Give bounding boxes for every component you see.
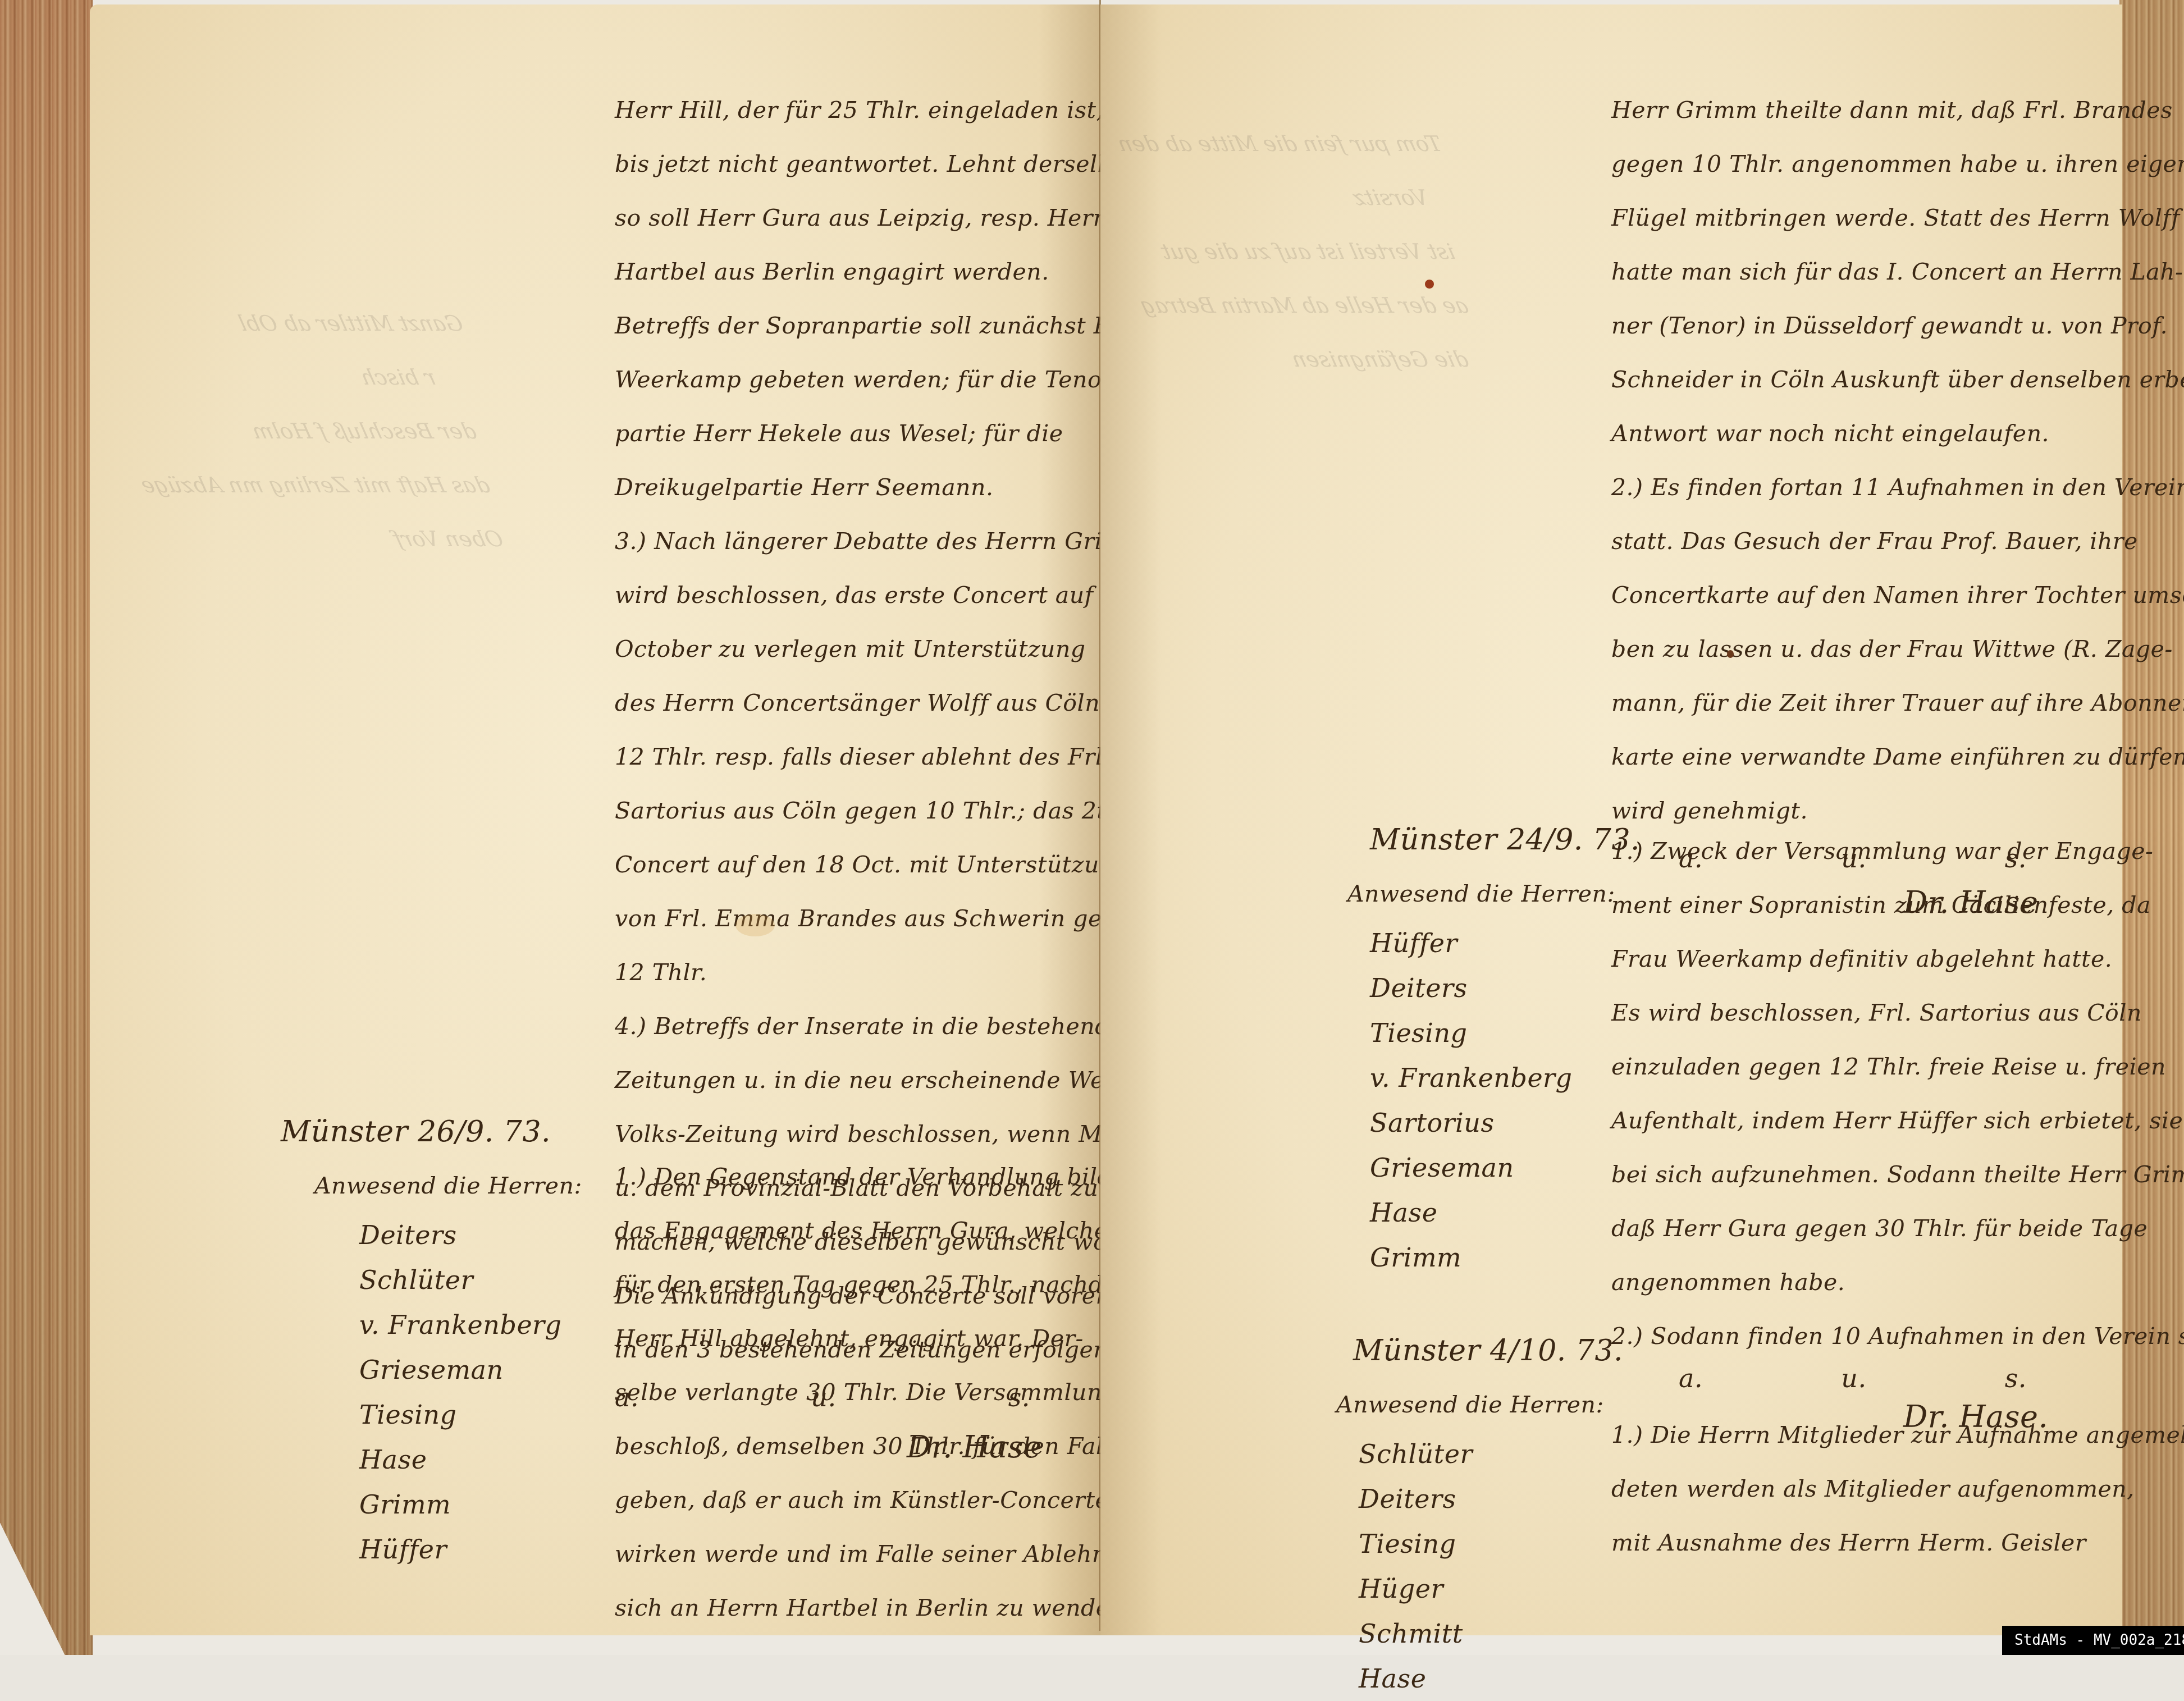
text-line: bei sich aufzunehmen. Sodann theilte Her… <box>1611 1147 2184 1201</box>
text-line: 2.) Es finden fortan 11 Aufnahmen in den… <box>1611 460 2184 514</box>
attendee: Deiters <box>1336 1476 1623 1521</box>
text-line: ner (Tenor) in Düsseldorf gewandt u. von… <box>1611 299 2184 353</box>
attendee: Tiesing <box>1336 1521 1623 1566</box>
attendee: Sartorius <box>1347 1100 1640 1145</box>
text-line: Flügel mitbringen werde. Statt des Herrn… <box>1611 191 2184 245</box>
text-line: selbe verlangte 30 Thlr. Die Versammlung <box>615 1365 1164 1419</box>
text-line: mit Ausnahme des Herrn Herm. Geisler <box>1611 1516 2184 1570</box>
right-margin-attendance-1: Münster 24/9. 73. Anwesend die Herren: H… <box>1347 813 1640 1280</box>
right-bottom-column: 1.) Die Herrn Mitglieder zur Aufnahme an… <box>1611 1408 2184 1570</box>
attendee: Hüffer <box>1347 921 1640 966</box>
right-second-column: 1.) Zweck der Versammlung war der Engage… <box>1611 824 2184 1434</box>
text-line: 1.) Den Gegenstand der Verhandlung bilde… <box>615 1150 1164 1204</box>
attendee: Tiesing <box>1347 1010 1640 1055</box>
text-line: gegen 10 Thlr. angenommen habe u. ihren … <box>1611 137 2184 191</box>
attendee: Schlüter <box>281 1258 582 1302</box>
attendee: Hase <box>1347 1190 1640 1235</box>
attendee: v. Frankenberg <box>281 1302 582 1347</box>
text-line: Herr Hill abgelehnt, engagirt war. Der- <box>615 1311 1164 1365</box>
entry-date: Münster 26/9. 73. <box>281 1105 582 1159</box>
text-line: sich an Herrn Hartbel in Berlin zu wende… <box>615 1581 1164 1635</box>
text-line: Antwort war noch nicht eingelaufen. <box>1611 406 2184 460</box>
text-line: beschloß, demselben 30 Thlr. für den Fal… <box>615 1419 1164 1473</box>
attendee: Tiesing <box>281 1392 582 1437</box>
attendee: Grimm <box>281 1482 582 1527</box>
left-lower-column: 1.) Den Gegenstand der Verhandlung bilde… <box>615 1150 1164 1635</box>
attendance-label: Anwesend die Herren: <box>281 1159 582 1213</box>
bleed-through-text: Tom pur fein die Mitte ab den Vorsitz is… <box>1094 117 1515 440</box>
text-line: ment einer Sopranistin zum Cäcilienfeste… <box>1611 878 2184 932</box>
left-page-edges <box>0 0 93 1655</box>
book-scan: Ganzt Mittler ab Obl r bisch der Beschlu… <box>0 0 2184 1655</box>
text-line: ben zu lassen u. das der Frau Wittwe (R.… <box>1611 622 2184 676</box>
text-line: karte eine verwandte Dame einführen zu d… <box>1611 730 2184 784</box>
right-page: Tom pur fein die Mitte ab den Vorsitz is… <box>1100 4 2122 1635</box>
attendee: Hase <box>281 1437 582 1482</box>
bleed-through-text: Ganzt Mittler ab Obl r bisch der Beschlu… <box>94 296 536 620</box>
text-line: statt. Das Gesuch der Frau Prof. Bauer, … <box>1611 514 2184 568</box>
text-line: 1.) Zweck der Versammlung war der Engage… <box>1611 824 2184 878</box>
attendee: v. Frankenberg <box>1347 1055 1640 1100</box>
text-line: 1.) Die Herrn Mitglieder zur Aufnahme an… <box>1611 1408 2184 1462</box>
right-margin-attendance-2: Münster 4/10. 73. Anwesend die Herren: S… <box>1336 1324 1623 1655</box>
signature-initials: a. u. s. <box>1611 1363 2027 1393</box>
text-line: daß Herr Gura gegen 30 Thlr. für beide T… <box>1611 1201 2184 1255</box>
text-line: einzuladen gegen 12 Thlr. freie Reise u.… <box>1611 1040 2184 1094</box>
text-line: angenommen habe. <box>1611 1255 2184 1309</box>
text-line: 2.) Sodann finden 10 Aufnahmen in den Ve… <box>1611 1309 2184 1363</box>
attendee: Hüger <box>1336 1566 1623 1611</box>
text-line: Aufenthalt, indem Herr Hüffer sich erbie… <box>1611 1094 2184 1147</box>
text-line: Schneider in Cöln Auskunft über denselbe… <box>1611 353 2184 406</box>
attendee: Grimm <box>1347 1235 1640 1280</box>
text-line: Es wird beschlossen, Frl. Sartorius aus … <box>1611 986 2184 1040</box>
text-line: Herr Grimm theilte dann mit, daß Frl. Br… <box>1611 83 2184 137</box>
text-line: Frau Weerkamp definitiv abgelehnt hatte. <box>1611 932 2184 986</box>
text-line: wirken werde und im Falle seiner Ablehnu… <box>615 1527 1164 1581</box>
attendee: Grieseman <box>1347 1145 1640 1190</box>
entry-date: Münster 24/9. 73. <box>1347 813 1640 867</box>
text-line: für den ersten Tag gegen 25 Thlr., nachd… <box>615 1258 1164 1311</box>
left-page: Ganzt Mittler ab Obl r bisch der Beschlu… <box>90 4 1100 1635</box>
attendee: Schmitt <box>1336 1611 1623 1655</box>
attendee: Schlüter <box>1336 1432 1623 1476</box>
text-line: deten werden als Mitglieder aufgenommen, <box>1611 1462 2184 1516</box>
text-line: Concertkarte auf den Namen ihrer Tochter… <box>1611 568 2184 622</box>
attendee: Deiters <box>281 1213 582 1258</box>
ink-spot <box>1727 650 1734 658</box>
entry-date: Münster 4/10. 73. <box>1336 1324 1623 1378</box>
text-line: mann, für die Zeit ihrer Trauer auf ihre… <box>1611 676 2184 730</box>
text-line: geben, daß er auch im Künstler-Concerte … <box>615 1473 1164 1527</box>
text-line: hatte man sich für das I. Concert an Her… <box>1611 245 2184 299</box>
attendee: Deiters <box>1347 966 1640 1010</box>
attendance-label: Anwesend die Herren: <box>1336 1378 1623 1432</box>
attendance-label: Anwesend die Herren: <box>1347 867 1640 921</box>
right-main-column: Herr Grimm theilte dann mit, daß Frl. Br… <box>1611 83 2184 920</box>
attendee: Grieseman <box>281 1347 582 1392</box>
paper-stain <box>735 914 775 936</box>
archive-label: StdAMs - MV_002a_218 <box>2002 1626 2184 1655</box>
ink-spot <box>1425 280 1434 289</box>
left-margin-attendance: Münster 26/9. 73. Anwesend die Herren: D… <box>281 1105 582 1572</box>
attendee: Hüffer <box>281 1527 582 1572</box>
text-line: das Engagement des Herrn Gura, welcher <box>615 1204 1164 1258</box>
